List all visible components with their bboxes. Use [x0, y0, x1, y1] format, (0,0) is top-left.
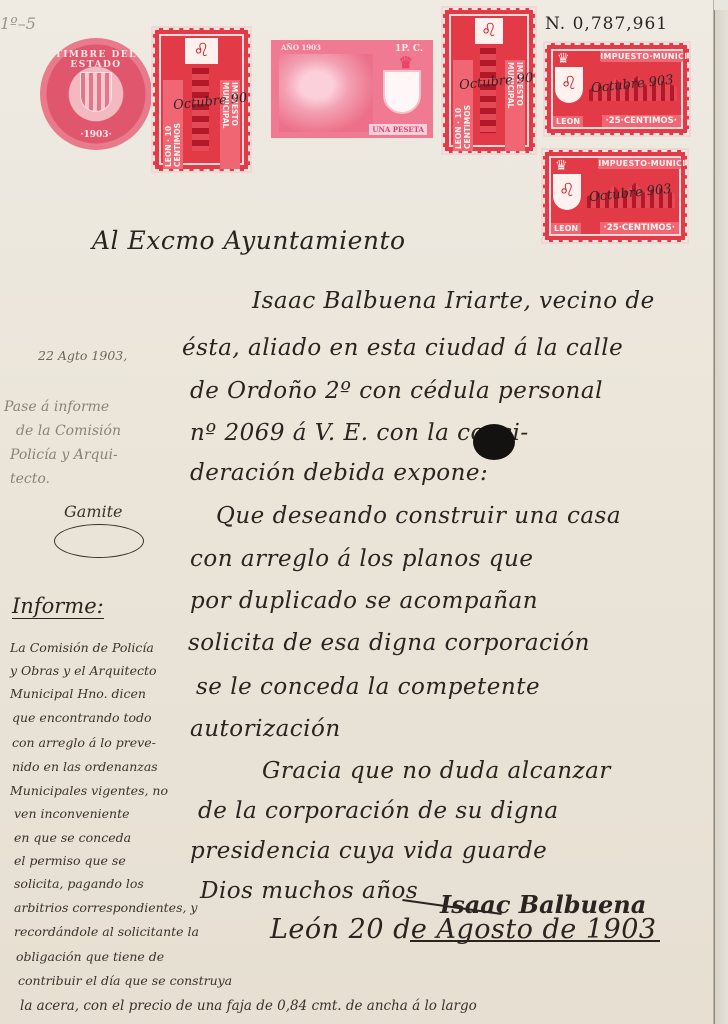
informe-heading: Informe:: [12, 596, 104, 617]
body-line: por duplicado se acompañan: [190, 590, 538, 613]
body-line: autorización: [190, 718, 341, 741]
ink-blot: [473, 424, 515, 460]
informe-line: solicita, pagando los: [14, 878, 144, 891]
body-line: deración debida expone:: [190, 462, 488, 485]
stamp-year-text: AÑO 1903: [281, 43, 321, 52]
informe-line: y Obras y el Arquitecto: [10, 665, 157, 678]
municipal-stamp-vertical-1: ♌ LEON · 10 CENTIMOS IMPUESTO MUNICIPAL …: [153, 28, 250, 171]
stamp-value: ·25·CENTIMOS·: [602, 115, 681, 127]
municipal-stamp-horizontal-2: ♛ IMPUESTO·MUNICIPAL ♌ LEON ·25·CENTIMOS…: [543, 150, 687, 242]
informe-line: el permiso que se: [14, 855, 126, 868]
body-line: ésta, aliado en esta ciudad á la calle: [182, 337, 623, 360]
municipal-stamp-vertical-2: ♌ LEON · 10 CENTIMOS IMPUESTO MUNICIPAL …: [443, 8, 535, 153]
crown-icon: ♛: [557, 51, 570, 67]
referral-note-line: de la Comisión: [16, 424, 121, 438]
stamp-city: LEON: [551, 223, 581, 234]
tramite-mark: Gamite: [64, 504, 123, 520]
referral-note-line: Pase á informe: [4, 400, 109, 414]
rubric-flourish: [54, 524, 144, 558]
informe-line: Municipales vigentes, no: [10, 785, 168, 798]
body-line: solicita de esa digna corporación: [188, 632, 590, 655]
folio-mark: 1º–5: [0, 14, 36, 33]
informe-line: recordándole al solicitante la: [14, 926, 199, 939]
signature-underline: [410, 940, 660, 942]
lion-icon: ♌: [185, 38, 218, 64]
body-line: de la corporación de su digna: [198, 800, 559, 823]
informe-heading-text: Informe:: [12, 594, 104, 619]
informe-line: obligación que tiene de: [16, 951, 164, 964]
informe-line: con arreglo á lo preve-: [12, 737, 156, 750]
municipal-stamp-horizontal-1: ♛ IMPUESTO·MUNICIPAL ♌ LEON ·25·CENTIMOS…: [545, 43, 689, 135]
informe-line: contribuir el día que se construya: [18, 975, 232, 988]
informe-line: ven inconveniente: [14, 808, 130, 821]
allegorical-figure-icon: [279, 54, 373, 132]
salutation: Al Excmo Ayuntamiento: [92, 228, 406, 253]
body-line: Gracia que no duda alcanzar: [262, 760, 611, 783]
body-line: de Ordoño 2º con cédula personal: [190, 380, 603, 403]
body-line: presidencia cuya vida guarde: [190, 840, 547, 863]
stamp-city: LEON: [553, 116, 583, 127]
body-line: Dios muchos años: [200, 880, 418, 903]
serial-number: N. 0,787,961: [545, 14, 668, 34]
body-line: con arreglo á los planos que: [190, 548, 533, 571]
body-line: Isaac Balbuena Iriarte, vecino de: [252, 290, 655, 313]
shield-icon: [383, 70, 421, 114]
crown-icon: ♛: [555, 158, 568, 174]
seal-year: ·1903·: [40, 130, 152, 140]
informe-line: la acera, con el precio de una faja de 0…: [20, 1000, 477, 1014]
one-peseta-stamp: AÑO 1903 1P. C. ♛ UNA PESETA: [271, 40, 433, 138]
stamp-value: ·25·CENTIMOS·: [600, 222, 679, 234]
stamp-left-text: LEON · 10 CENTIMOS: [163, 80, 183, 169]
lion-shield-icon: ♌: [553, 174, 581, 210]
body-line: se le conceda la competente: [196, 676, 540, 699]
stamp-band-text: IMPUESTO·MUNICIPAL: [600, 51, 683, 62]
lion-icon: ♌: [475, 18, 503, 44]
lion-shield-icon: ♌: [555, 67, 583, 103]
stamp-band-text: IMPUESTO·MUNICIPAL: [598, 158, 681, 169]
informe-line: arbitrios correspondientes, y: [14, 902, 198, 915]
state-seal-stamp: TIMBRE DEL ESTADO ·1903·: [40, 38, 152, 150]
body-line: Que deseando construir una casa: [216, 505, 621, 528]
stamp-denomination: UNA PESETA: [369, 124, 427, 135]
page-edge: [714, 10, 728, 1024]
stamp-left-text: LEON · 10 CENTIMOS: [453, 60, 473, 151]
informe-line: La Comisión de Policía: [10, 642, 154, 655]
informe-line: nido en las ordenanzas: [12, 761, 158, 774]
received-date: 22 Agto 1903,: [38, 350, 127, 363]
signature: Isaac Balbuena: [440, 893, 646, 917]
date-line: León 20 de Agosto de 1903: [270, 916, 657, 943]
informe-line: Municipal Hno. dicen: [10, 688, 146, 701]
seal-text: TIMBRE DEL ESTADO: [40, 50, 152, 70]
referral-note-line: tecto.: [10, 472, 50, 486]
informe-line: en que se conceda: [14, 832, 131, 845]
referral-note-line: Policía y Arqui-: [10, 448, 118, 462]
informe-line: que encontrando todo: [12, 712, 152, 725]
coat-of-arms-icon: [80, 72, 112, 112]
